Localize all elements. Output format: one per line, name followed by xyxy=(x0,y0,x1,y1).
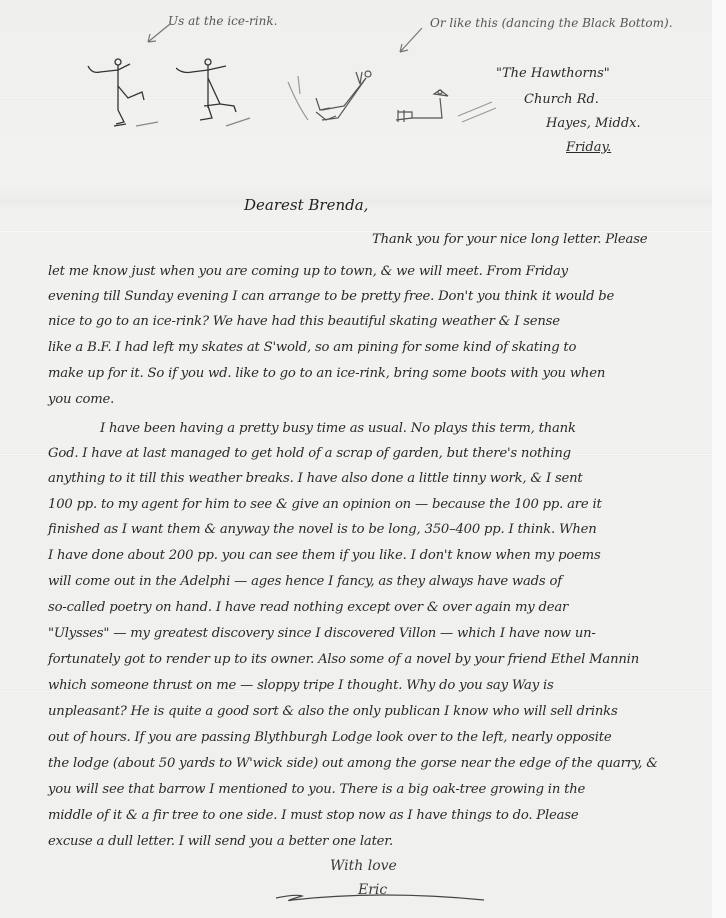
address-day: Friday. xyxy=(566,140,611,155)
letter-line: unpleasant? He is quite a good sort & al… xyxy=(48,704,660,719)
letter-line: let me know just when you are coming up … xyxy=(48,264,660,279)
arrow-icon xyxy=(396,26,428,56)
fallen-figure-icon xyxy=(286,66,386,130)
letter-line: 100 pp. to my agent for him to see & giv… xyxy=(48,497,660,512)
closing: With love xyxy=(330,858,397,874)
address-house: "The Hawthorns" xyxy=(496,66,610,81)
letter-line: middle of it & a fir tree to one side. I… xyxy=(48,808,660,823)
letter-line: fortunately got to render up to its owne… xyxy=(48,652,660,667)
letter-line: I have done about 200 pp. you can see th… xyxy=(48,548,660,563)
letter-page: Us at the ice-rink. Or like this (dancin… xyxy=(0,0,712,918)
signature-flourish-icon xyxy=(272,892,488,906)
letter-line: the lodge (about 50 yards to W'wick side… xyxy=(48,756,660,771)
letter-line: "Ulysses" — my greatest discovery since … xyxy=(48,626,660,641)
skater-figure-icon xyxy=(176,56,256,136)
address-town: Hayes, Middx. xyxy=(546,116,641,131)
letter-line: so-called poetry on hand. I have read no… xyxy=(48,600,660,615)
fallen-figure-icon xyxy=(392,88,502,128)
letter-line: you will see that barrow I mentioned to … xyxy=(48,782,660,797)
address-street: Church Rd. xyxy=(524,92,599,107)
letter-line: finished as I want them & anyway the nov… xyxy=(48,522,660,537)
letter-line: out of hours. If you are passing Blythbu… xyxy=(48,730,660,745)
salutation: Dearest Brenda, xyxy=(244,196,368,214)
letter-line: make up for it. So if you wd. like to go… xyxy=(48,366,660,381)
letter-line: anything to it till this weather breaks.… xyxy=(48,471,660,486)
letter-line: will come out in the Adelphi — ages henc… xyxy=(48,574,660,589)
letter-line: nice to go to an ice-rink? We have had t… xyxy=(48,314,660,329)
sketch-caption-left: Us at the ice-rink. xyxy=(168,14,277,28)
letter-line: you come. xyxy=(48,392,660,407)
page-edge xyxy=(712,0,726,918)
arrow-icon xyxy=(144,22,174,46)
skater-figure-icon xyxy=(86,56,166,136)
letter-line: God. I have at last managed to get hold … xyxy=(48,446,660,461)
sketch-caption-right: Or like this (dancing the Black Bottom). xyxy=(430,16,673,30)
letter-line: I have been having a pretty busy time as… xyxy=(100,421,660,436)
letter-line: Thank you for your nice long letter. Ple… xyxy=(372,232,672,247)
letter-line: excuse a dull letter. I will send you a … xyxy=(48,834,660,849)
letter-line: evening till Sunday evening I can arrang… xyxy=(48,289,660,304)
letter-line: which someone thrust on me — sloppy trip… xyxy=(48,678,660,693)
letter-line: like a B.F. I had left my skates at S'wo… xyxy=(48,340,660,355)
